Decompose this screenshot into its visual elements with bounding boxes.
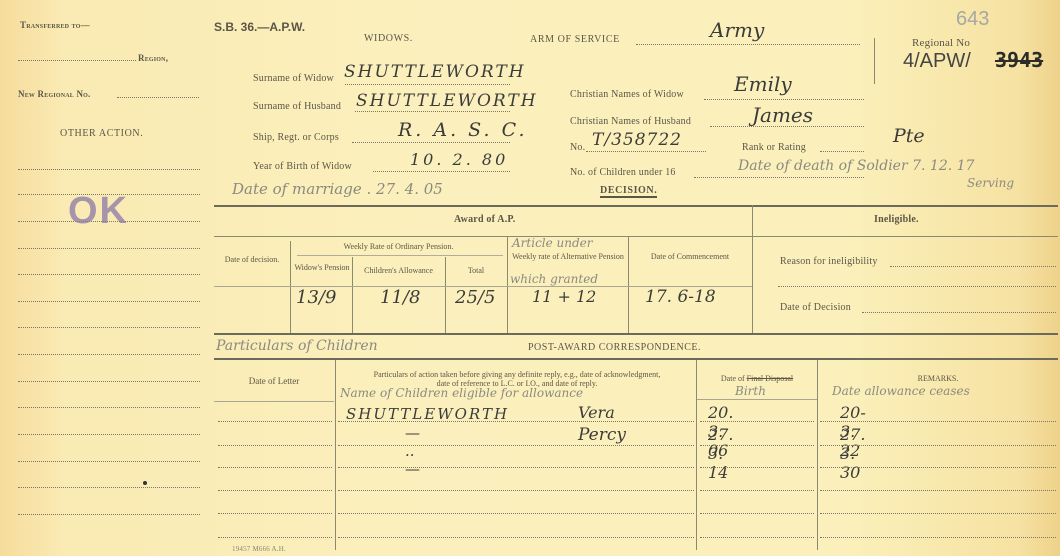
disposal-label-prefix: Date of: [721, 374, 745, 383]
remarks-header: REMARKS.: [818, 374, 1058, 383]
regional-number: 3943: [995, 48, 1043, 72]
christian-husband-value: James: [752, 103, 813, 127]
ruled-line: [820, 513, 1056, 514]
child-birth-date: 27. 3. 14: [708, 425, 733, 482]
ruled-line: [820, 490, 1056, 491]
rank-value: Pte: [893, 125, 925, 147]
region-label: Region,: [138, 53, 168, 63]
surname-widow-label: Surname of Widow: [253, 73, 334, 84]
other-action-line: [18, 169, 200, 170]
post-award-col-divider: [335, 360, 336, 550]
ruled-line: [820, 421, 1056, 422]
ruled-line: [338, 490, 694, 491]
surname-widow-line: [345, 84, 510, 85]
date-of-letter-header: Date of Letter: [214, 377, 334, 386]
alt-pension-value: 11 + 12: [532, 287, 596, 306]
award-ineligible-divider: [752, 205, 753, 333]
ruled-line: [218, 537, 332, 538]
weekly-rate-header: Weekly Rate of Ordinary Pension.: [290, 242, 507, 251]
post-award-header-rule: [214, 358, 1058, 360]
christian-widow-value: Emily: [734, 72, 792, 96]
new-regional-no-label: New Regional No.: [18, 89, 90, 99]
other-action-line: [18, 354, 200, 355]
weekly-rate-rule: [297, 255, 503, 256]
ruled-line: [218, 421, 332, 422]
surname-husband-label: Surname of Husband: [253, 101, 341, 112]
marriage-note: Date of marriage . 27. 4. 05: [232, 180, 443, 198]
new-regional-no-line: [117, 97, 199, 98]
reason-line: [890, 266, 1056, 267]
other-action-line: [18, 407, 200, 408]
reason-ineligibility-label: Reason for ineligibility: [780, 256, 878, 267]
ruled-line: [218, 467, 332, 468]
other-action-line: [18, 434, 200, 435]
award-header-rule: [214, 236, 752, 237]
regional-prefix: 4/APW/: [903, 50, 971, 73]
other-action-line: [18, 301, 200, 302]
post-award-col-divider: [696, 360, 697, 550]
ruled-line: [218, 513, 332, 514]
other-action-line: [18, 514, 200, 515]
disposal-label-struck: Final Disposal: [747, 374, 793, 383]
ruled-line: [338, 421, 694, 422]
childrens-allowance-value: 11/8: [380, 287, 420, 308]
birth-line: [373, 171, 510, 172]
birth-value: 10. 2. 80: [410, 150, 508, 169]
christian-widow-line: [704, 99, 864, 100]
corps-line: [352, 142, 510, 143]
ineligible-header-rule: [752, 236, 1058, 237]
ruled-line: [338, 445, 694, 446]
form-title: WIDOWS.: [364, 33, 413, 44]
corps-value: R. A. S. C.: [398, 119, 528, 141]
children-under-16-label: No. of Children under 16: [570, 167, 676, 178]
region-line: [18, 60, 136, 61]
commencement-value: 17. 6-18: [645, 287, 716, 307]
ruled-line: [338, 513, 694, 514]
total-value: 25/5: [455, 287, 495, 308]
date-letter-rule: [214, 401, 334, 402]
widows-pension-value: 13/9: [296, 287, 336, 308]
ruled-line: [700, 467, 814, 468]
other-action-label: OTHER ACTION.: [60, 128, 143, 139]
rank-line: [820, 151, 864, 152]
other-action-line: [18, 461, 200, 462]
award-title: Award of A.P.: [454, 214, 516, 225]
ineligible-title: Ineligible.: [874, 214, 919, 225]
alt-note-top: Article under: [512, 236, 593, 250]
service-no-value: T/358722: [592, 130, 682, 150]
surname-widow-value: SHUTTLEWORTH: [344, 62, 526, 82]
ruled-line: [820, 467, 1056, 468]
alt-pension-header: Weekly rate of Alternative Pension: [508, 252, 628, 261]
serving-note: Serving: [967, 176, 1014, 190]
child-surname: — .. —: [405, 424, 420, 478]
remarks-note: Date allowance ceases: [832, 384, 970, 398]
ineligible-date-line: [862, 312, 1056, 313]
other-action-line: [18, 381, 200, 382]
printer-mark: 19457 M666 A.H.: [232, 545, 286, 553]
child-name: Vera: [578, 403, 615, 422]
ruled-line: [700, 421, 814, 422]
post-award-col-divider: [817, 360, 818, 550]
ineligible-date-label: Date of Decision: [780, 302, 851, 313]
ruled-line: [700, 513, 814, 514]
rank-label: Rank or Rating: [742, 142, 806, 153]
award-top-rule: [214, 205, 1058, 207]
childrens-allowance-header: Children's Allowance: [352, 266, 445, 275]
ok-stamp: OK: [68, 190, 129, 233]
other-action-line: [18, 274, 200, 275]
date-of-decision-header: Date of decision.: [214, 255, 290, 264]
child-allowance-ceases: 27. 3. 30: [840, 425, 865, 482]
regional-no-label: Regional No: [912, 37, 970, 49]
ruled-line: [820, 445, 1056, 446]
award-bottom-rule: [214, 333, 1058, 335]
commencement-header: Date of Commencement: [628, 252, 752, 261]
christian-widow-label: Christian Names of Widow: [570, 89, 684, 100]
disposal-header: Date of Final Disposal: [698, 374, 816, 383]
arm-of-service-line: [636, 44, 860, 45]
reason-line-2: [778, 286, 1056, 287]
ruled-line: [338, 467, 694, 468]
surname-husband-line: [355, 111, 510, 112]
decision-label: DECISION.: [600, 185, 657, 198]
christian-husband-label: Christian Names of Husband: [570, 116, 691, 127]
regional-divider: [874, 38, 875, 84]
transferred-to-label: Transferred to—: [20, 20, 90, 30]
ruled-line: [700, 445, 814, 446]
ruled-line: [820, 537, 1056, 538]
ruled-line: [218, 490, 332, 491]
ruled-line: [218, 445, 332, 446]
other-action-line: [18, 327, 200, 328]
service-no-line: [586, 151, 706, 152]
pension-record-card: Transferred to— Region, New Regional No.…: [0, 0, 1060, 556]
ruled-line: [338, 537, 694, 538]
corps-label: Ship, Regt. or Corps: [253, 132, 339, 143]
disposal-note: Birth: [735, 384, 766, 398]
children-particulars-note: Particulars of Children: [216, 338, 378, 354]
service-no-label: No.: [570, 142, 585, 153]
surname-husband-value: SHUTTLEWORTH: [356, 91, 538, 111]
ruled-line: [700, 537, 814, 538]
child-name: Percy: [578, 425, 626, 445]
total-header: Total: [445, 266, 507, 275]
disposal-rule: [697, 399, 817, 400]
faint-number: 643: [956, 8, 989, 31]
post-award-title: POST-AWARD CORRESPONDENCE.: [528, 342, 701, 353]
other-action-line: [18, 248, 200, 249]
birth-label: Year of Birth of Widow: [253, 161, 352, 172]
arm-of-service-label: ARM OF SERVICE: [530, 34, 620, 45]
widows-pension-header: Widow's Pension: [293, 263, 351, 272]
award-col-divider: [290, 241, 291, 333]
ruled-line: [700, 490, 814, 491]
form-code: S.B. 36.—A.P.W.: [214, 20, 305, 34]
other-action-line: [18, 487, 200, 488]
children-under-16-line: [694, 177, 864, 178]
arm-of-service-value: Army: [710, 18, 764, 42]
alt-note-bottom: which granted: [510, 272, 598, 286]
death-date-note: Date of death of Soldier 7. 12. 17: [738, 158, 974, 174]
particulars-note: Name of Children eligible for allowance: [340, 386, 583, 400]
ink-speck: [143, 481, 147, 485]
